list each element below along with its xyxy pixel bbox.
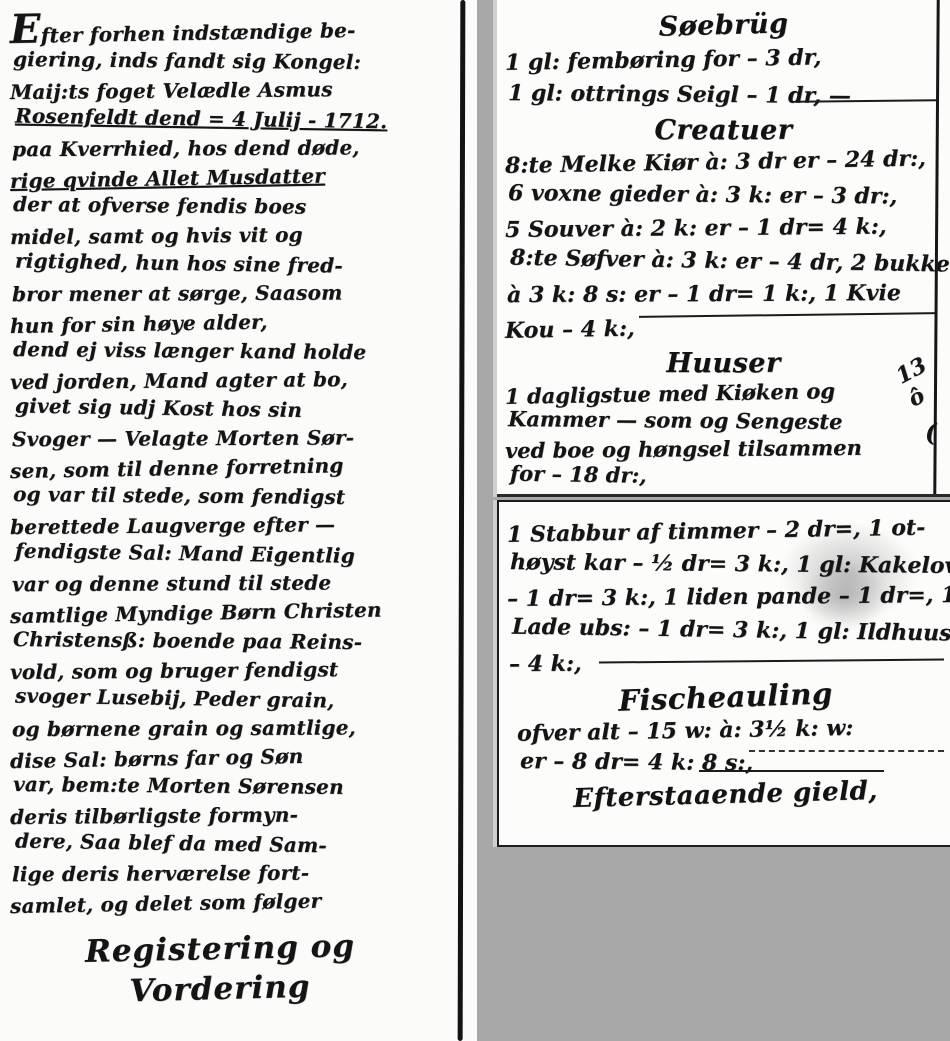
soebrug-lines: 1 gl: fembøring for – 3 dr,1 gl: ottring… bbox=[497, 41, 950, 113]
section-heading-efterstaaende-gield: Efterstaaende gield, bbox=[499, 774, 950, 816]
huuser-lines: 1 dagligstue med Kiøken ogKammer — som o… bbox=[497, 379, 950, 491]
handwritten-line: der at ofverse fendis boes bbox=[13, 190, 476, 223]
handwritten-line: høyst kar – ½ dr= 3 k:, 1 gl: Kakelovn bbox=[510, 546, 950, 583]
handwritten-line: Christensß: boende paa Reins- bbox=[13, 625, 476, 658]
huuser-continuation-lines: 1 Stabbur af timmer – 2 dr=, 1 ot-høyst … bbox=[499, 515, 950, 680]
paper-fragment-bottom: 1 Stabbur af timmer – 2 dr=, 1 ot-høyst … bbox=[497, 500, 950, 847]
section-heading-creatuer: Creatuer bbox=[497, 115, 950, 146]
handwritten-line: og var til stede, som fendigst bbox=[13, 480, 476, 513]
separator-line-dotted bbox=[749, 750, 944, 752]
paper-fragment-top: Søebrüg 1 gl: fembøring for – 3 dr,1 gl:… bbox=[497, 0, 950, 497]
section-heading-huuser: Huuser bbox=[497, 348, 950, 379]
handwritten-line: Lade ubs: – 1 dr= 3 k:, 1 gl: Ildhuus fo… bbox=[512, 611, 950, 651]
margin-note: ( bbox=[925, 418, 936, 447]
closing-heading-line-2: Vordering bbox=[0, 965, 440, 1013]
handwritten-line: – 1 dr= 3 k:, 1 liden pande – 1 dr=, 1 s… bbox=[507, 579, 950, 616]
handwritten-line: dend ej viss længer kand holde bbox=[13, 335, 476, 368]
left-manuscript-page: Efter forhen indstændige be-giering, ind… bbox=[0, 0, 477, 1041]
handwritten-line: for – 18 dr:, bbox=[510, 460, 950, 495]
handwritten-line: 6 voxne gieder à: 3 k: er – 3 dr:, bbox=[508, 177, 950, 214]
handwritten-line: 8:te Søfver à: 3 k: er – 4 dr, 2 bukker bbox=[510, 242, 950, 282]
handwritten-line: 1 gl: ottrings Seigl – 1 dr, — bbox=[508, 75, 950, 115]
handwritten-line: 5 Souver à: 2 k: er – 1 dr= 4 k:, bbox=[505, 210, 950, 247]
manuscript-text-block: Efter forhen indstændige be-giering, ind… bbox=[0, 0, 477, 917]
handwritten-line: var, bem:te Morten Sørensen bbox=[13, 770, 476, 803]
handwritten-line: giering, inds fandt sig Kongel: bbox=[13, 45, 476, 78]
handwritten-line: à 3 k: 8 s: er – 1 dr= 1 k:, 1 Kvie bbox=[507, 277, 950, 312]
handwritten-line: samlet, og delet som følger bbox=[10, 884, 473, 921]
handwritten-line: Kammer — som og Sengeste bbox=[508, 405, 950, 437]
handwritten-line: 1 gl: fembøring for – 3 dr, bbox=[505, 37, 950, 81]
document-scan: Efter forhen indstændige be-giering, ind… bbox=[0, 0, 950, 1041]
separator-line bbox=[699, 770, 884, 772]
closing-heading-line-1: Registering og bbox=[0, 926, 440, 971]
